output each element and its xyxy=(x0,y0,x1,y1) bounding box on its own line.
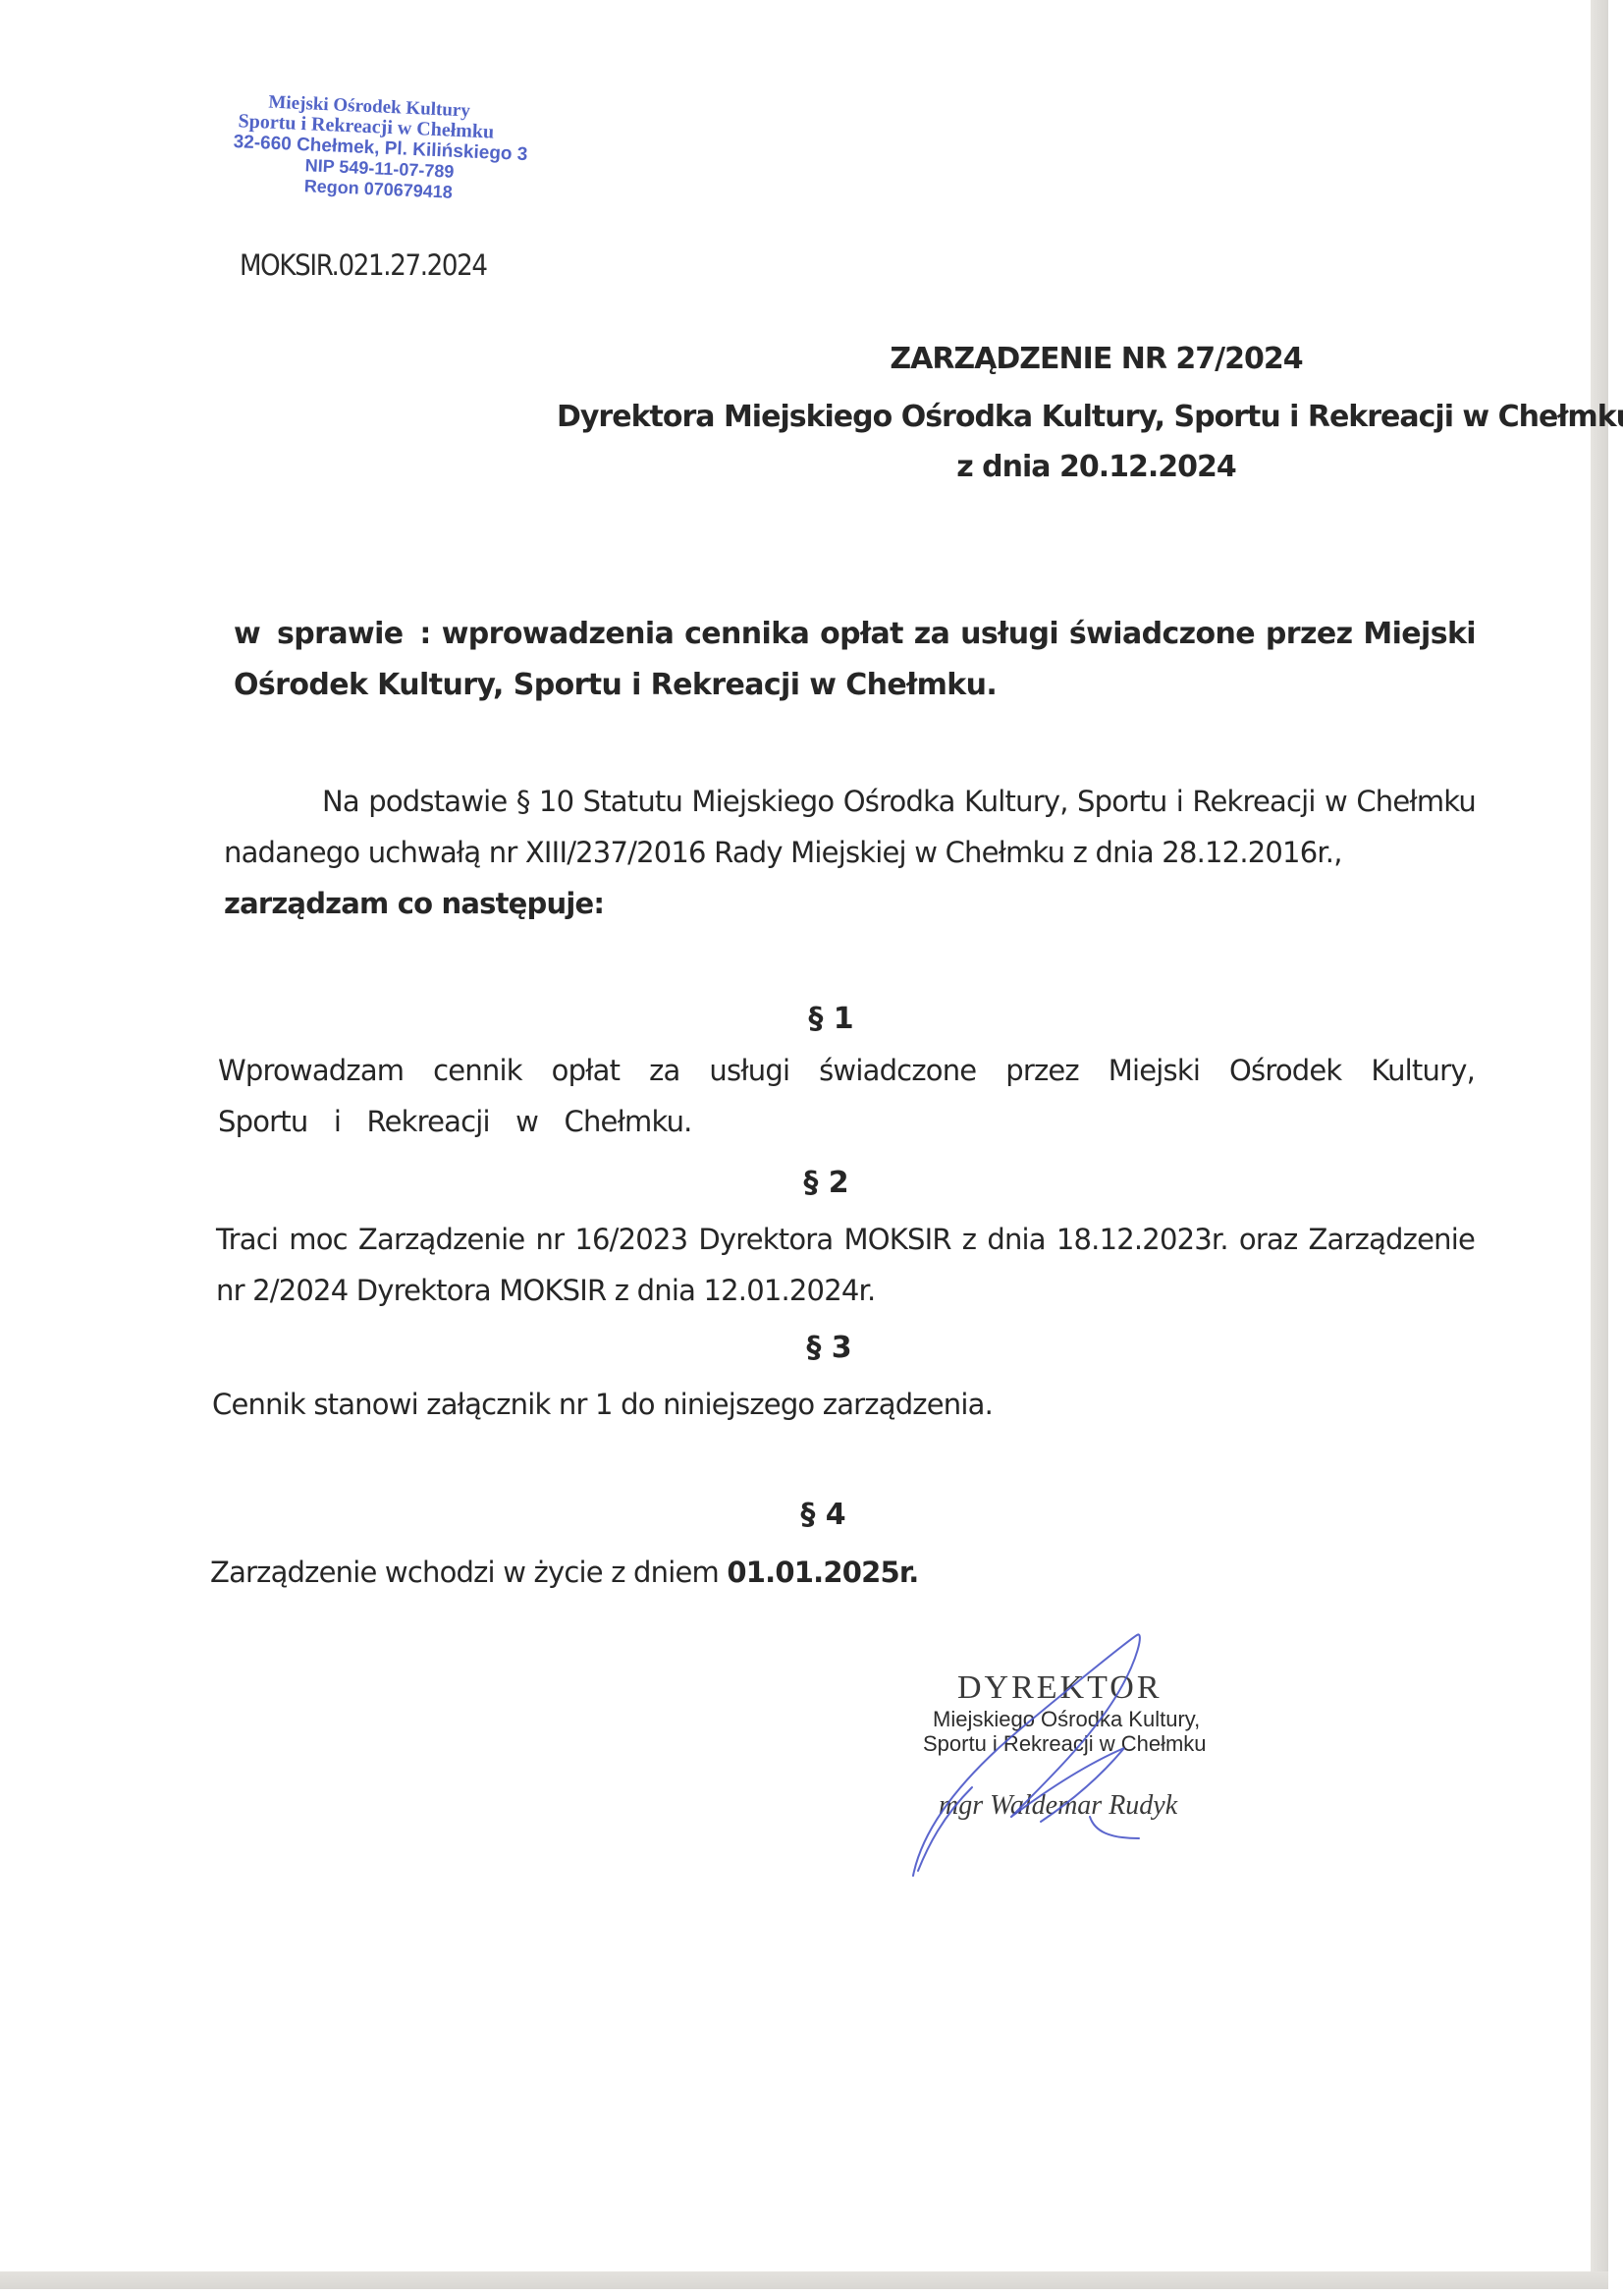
director-signature-block: DYREKTOR Miejskiego Ośrodka Kultury, Spo… xyxy=(903,1630,1296,1895)
reference-number: MOKSIR.021.27.2024 xyxy=(240,248,487,282)
subject: w sprawie : wprowadzenia cennika opłat z… xyxy=(234,609,1476,711)
legal-basis: Na podstawie § 10 Statutu Miejskiego Ośr… xyxy=(224,776,1476,929)
effective-date: 01.01.2025r. xyxy=(727,1556,918,1589)
scan-edge xyxy=(0,2271,1608,2289)
section-text-4: Zarządzenie wchodzi w życie z dniem 01.0… xyxy=(210,1547,918,1598)
legal-basis-text: Na podstawie § 10 Statutu Miejskiego Ośr… xyxy=(224,785,1476,869)
section-heading-2: § 2 xyxy=(15,1166,1623,1200)
section-heading-4: § 4 xyxy=(12,1498,1623,1532)
section-heading-1: § 1 xyxy=(20,1002,1623,1036)
document-date: z dnia 20.12.2024 xyxy=(285,450,1623,484)
institution-stamp: Miejski Ośrodek Kultury Sportu i Rekreac… xyxy=(229,90,586,209)
section-text-2: Traci moc Zarządzenie nr 16/2023 Dyrekto… xyxy=(216,1214,1475,1316)
section-text-3: Cennik stanowi załącznik nr 1 do niniejs… xyxy=(212,1379,993,1430)
section-text-1: Wprowadzam cennik opłat za usługi świadc… xyxy=(218,1045,1475,1147)
section-heading-3: § 3 xyxy=(18,1331,1623,1365)
subject-label: w sprawie : xyxy=(234,617,431,651)
effective-text: Zarządzenie wchodzi w życie z dniem xyxy=(210,1556,719,1589)
decree-phrase: zarządzam co następuje: xyxy=(224,887,604,920)
document-title: ZARZĄDZENIE NR 27/2024 xyxy=(285,342,1623,376)
document-page: Miejski Ośrodek Kultury Sportu i Rekreac… xyxy=(0,0,1623,2296)
handwritten-signature-icon xyxy=(903,1630,1296,1895)
document-issuer: Dyrektora Miejskiego Ośrodka Kultury, Sp… xyxy=(285,400,1623,434)
